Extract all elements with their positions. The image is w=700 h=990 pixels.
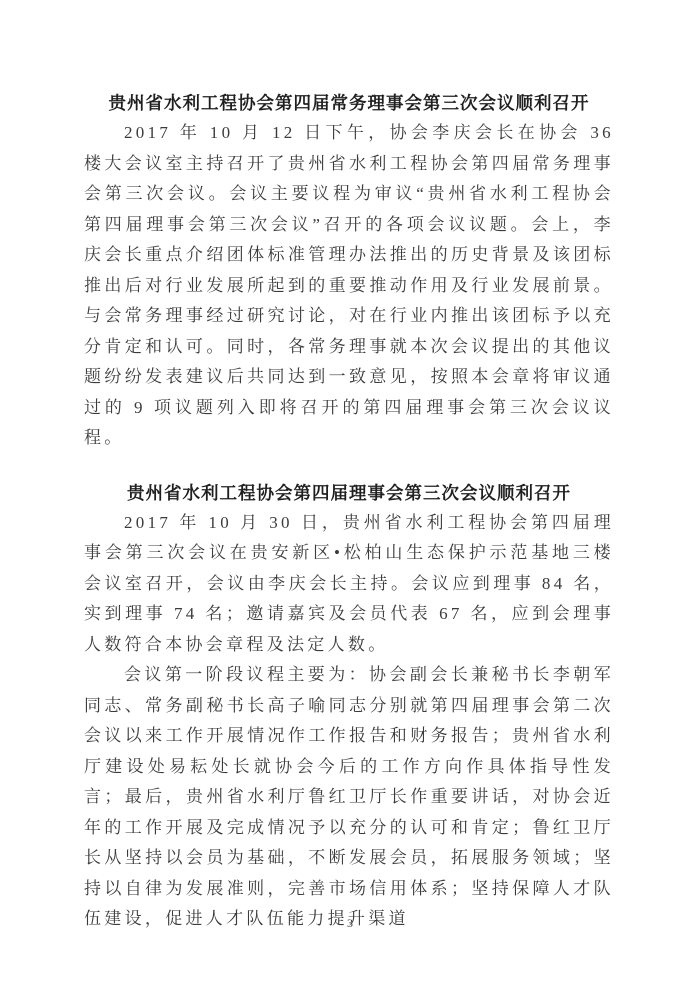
- document-page: 贵州省水利工程协会第四届常务理事会第三次会议顺利召开 2017 年 10 月 1…: [0, 0, 700, 990]
- document-content: 贵州省水利工程协会第四届常务理事会第三次会议顺利召开 2017 年 10 月 1…: [84, 88, 614, 935]
- article-2-paragraph-2: 会议第一阶段议程主要为：协会副会长兼秘书长李朝军同志、常务副秘书长高子喻同志分别…: [84, 660, 614, 935]
- page-footer: 3: [0, 914, 700, 932]
- article-2-paragraph-1: 2017 年 10 月 30 日，贵州省水利工程协会第四届理事会第三次会议在贵安…: [84, 508, 614, 661]
- article-1-paragraph-1: 2017 年 10 月 12 日下午，协会李庆会长在协会 36 楼大会议室主持召…: [84, 118, 614, 454]
- article-1-title: 贵州省水利工程协会第四届常务理事会第三次会议顺利召开: [84, 88, 614, 118]
- page-number: 3: [347, 916, 353, 930]
- article-2-title: 贵州省水利工程协会第四届理事会第三次会议顺利召开: [84, 478, 614, 508]
- article-council-meeting: 贵州省水利工程协会第四届理事会第三次会议顺利召开 2017 年 10 月 30 …: [84, 478, 614, 935]
- article-standing-council-meeting: 贵州省水利工程协会第四届常务理事会第三次会议顺利召开 2017 年 10 月 1…: [84, 88, 614, 454]
